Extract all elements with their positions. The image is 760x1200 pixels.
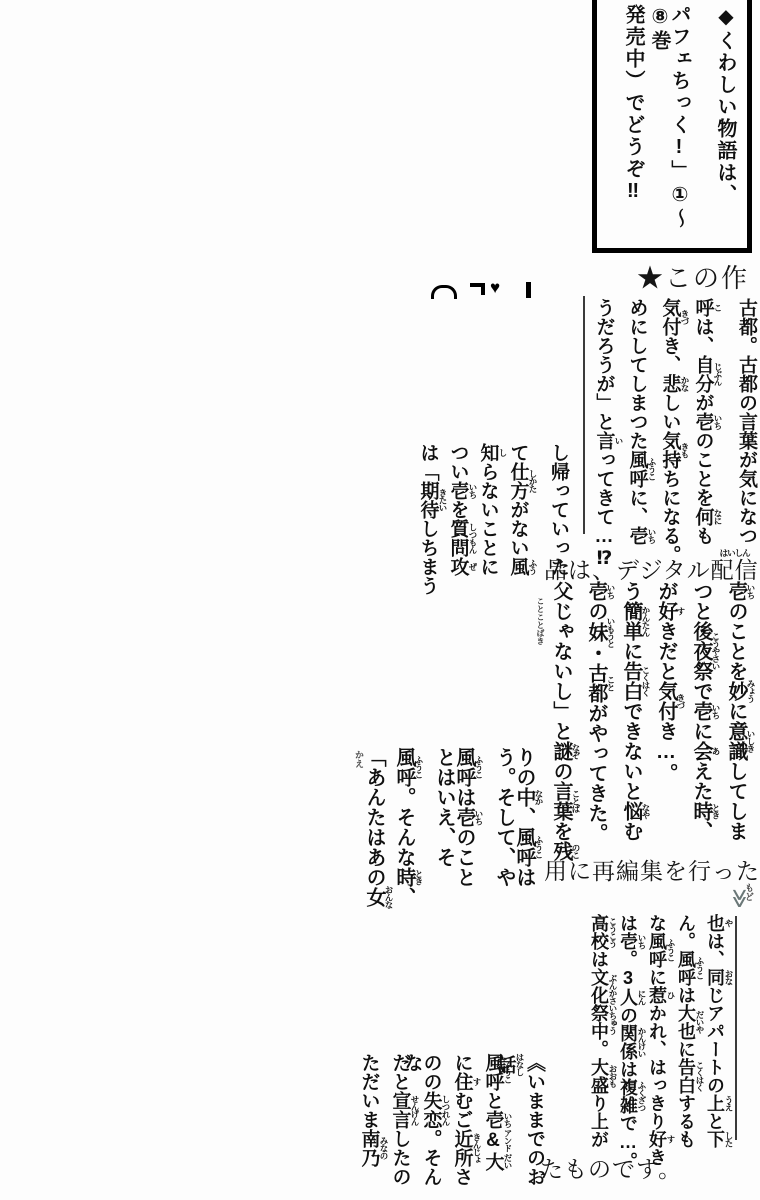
text-column: うだろうが」と言いってきて…⁉: [603, 298, 624, 569]
text-column: 父じゃないし」と謎なぞの言葉ことばを残のこ: [559, 581, 581, 861]
text-column: つと後夜祭こうやさいで壱いちに会あえた時とき、: [699, 581, 721, 861]
text-column: 発売中）でどうぞ‼: [617, 4, 643, 248]
text-column: つい壱いちを質問しつもん攻ぜ: [458, 443, 478, 595]
text-column: とはいえ、そ: [434, 747, 454, 908]
text-column: だと宣言せんげんしたの: [400, 1053, 420, 1200]
text-column: めにしてしまつた風呼ふうこに、壱いち: [636, 298, 657, 569]
promo-box: ◆くわしい物語は、パフェちっく!」①〜⑧巻発売中）でどうぞ‼: [592, 0, 752, 253]
disclaimer-line-3: 用に再編集を行った: [544, 860, 760, 884]
edge-furigana-fragment: ことことばき: [536, 597, 544, 645]
text-column: りの中なか、風呼ふうこは: [524, 747, 544, 908]
text-column: う簡単かんたんに告白こくはくできないと悩なやむ: [629, 581, 651, 861]
cut-bar-glyph: [526, 282, 531, 298]
manga-page[interactable]: ◆くわしい物語は、パフェちっく!」①〜⑧巻発売中）でどうぞ‼ ♥ ★この作 品は…: [0, 0, 760, 1200]
text-column: 知しらないことに: [488, 443, 508, 595]
text-column: ◆くわしい物語は、: [709, 4, 735, 248]
text-column: ん。風呼ふうこは大也だいやに告白こくはくするも: [686, 914, 705, 1170]
fuuko-thoughts-block: りの中なか、風呼ふうこはう。そして、や風呼ふうこは壱いちのこととはいえ、そ風呼ふ…: [364, 747, 544, 908]
text-column: 也やは、同おなじアパートの上うえと下した: [715, 914, 734, 1170]
disclaimer-line-1: ★この作: [637, 265, 749, 292]
divider-rule-top: [583, 296, 585, 534]
text-column: 壱いちのことを妙みょうに意識いしきしてしま: [734, 581, 756, 861]
text-column: し帰っていった: [548, 443, 568, 595]
text-column: て仕方しかたがない風ふう: [518, 443, 538, 595]
text-column: は壱いち。3人にんの関係かんけいは複雑ふくざつで…。: [628, 914, 647, 1170]
kae-furigana-fragment: かえ: [354, 750, 363, 768]
text-column: 《いままでのお話はなし: [524, 1053, 544, 1200]
text-column: 風呼ふうこ。そんな時とき、: [404, 747, 424, 908]
heart-icon: ♥: [490, 279, 500, 296]
divider-rule-bottom: [735, 916, 737, 1140]
ichi-awareness-block: 壱いちのことを妙みょうに意識いしきしてしまつと後夜祭こうやさいで壱いちに会あえた…: [546, 581, 756, 861]
text-column: う。そして、や: [494, 747, 514, 908]
text-column: 気付きづき、悲かなしい気持きもちになる。: [669, 298, 690, 569]
cut-arc-glyph: [431, 285, 457, 299]
text-column: のの失恋しつれん。そんな: [431, 1053, 451, 1200]
text-column: が好すきだと気付きづき…。: [664, 581, 686, 861]
text-column: な風呼ふうこに惹ひかれ、はっきり好すき: [657, 914, 676, 1170]
chevron-kana-fragment: もど: [744, 883, 753, 901]
text-column: 風呼ふうこは壱いちのこと: [464, 747, 484, 908]
text-column: 呼こは、自分じぶんが壱いちのことを何なにも: [702, 298, 723, 569]
text-column: 古都。古都の言葉が気になつ: [735, 298, 756, 569]
cut-bracket-glyph: [470, 283, 485, 295]
text-column: 壱いちの妹いもうと・古都ことがやってきた。: [594, 581, 616, 861]
text-column: 「あんたはあの女おんな: [374, 747, 394, 908]
story-so-far-block: 《いままでのお話はなし風呼ふうこと壱いち&アンド大だいに住すむご近所きんじょさの…: [358, 1053, 544, 1200]
daiya-relationship-block: 也やは、同おなじアパートの上うえと下したん。風呼ふうこは大也だいやに告白こくはく…: [589, 914, 734, 1170]
question-attack-block: し帰っていったて仕方しかたがない風ふう知しらないことについ壱いちを質問しつもん攻…: [418, 443, 568, 595]
text-column: ただいま南乃みなの: [369, 1053, 389, 1200]
text-column: 風呼ふうこと壱いち&アンド大だい: [493, 1053, 513, 1200]
koto-words-block: 古都。古都の言葉が気になつ呼こは、自分じぶんが壱いちのことを何なにも気付きづき、…: [591, 298, 756, 569]
text-column: 高校こうこうは文化祭中ぶんかさいちゅう。大盛おおもり上が: [599, 914, 618, 1170]
text-column: に住すむご近所きんじょさ: [462, 1053, 482, 1200]
promo-box-text: ◆くわしい物語は、パフェちっく!」①〜⑧巻発売中）でどうぞ‼: [597, 4, 735, 248]
text-column: は「期待きたいしちまう: [428, 443, 448, 595]
text-column: パフェちっく!」①〜⑧巻: [663, 4, 689, 248]
